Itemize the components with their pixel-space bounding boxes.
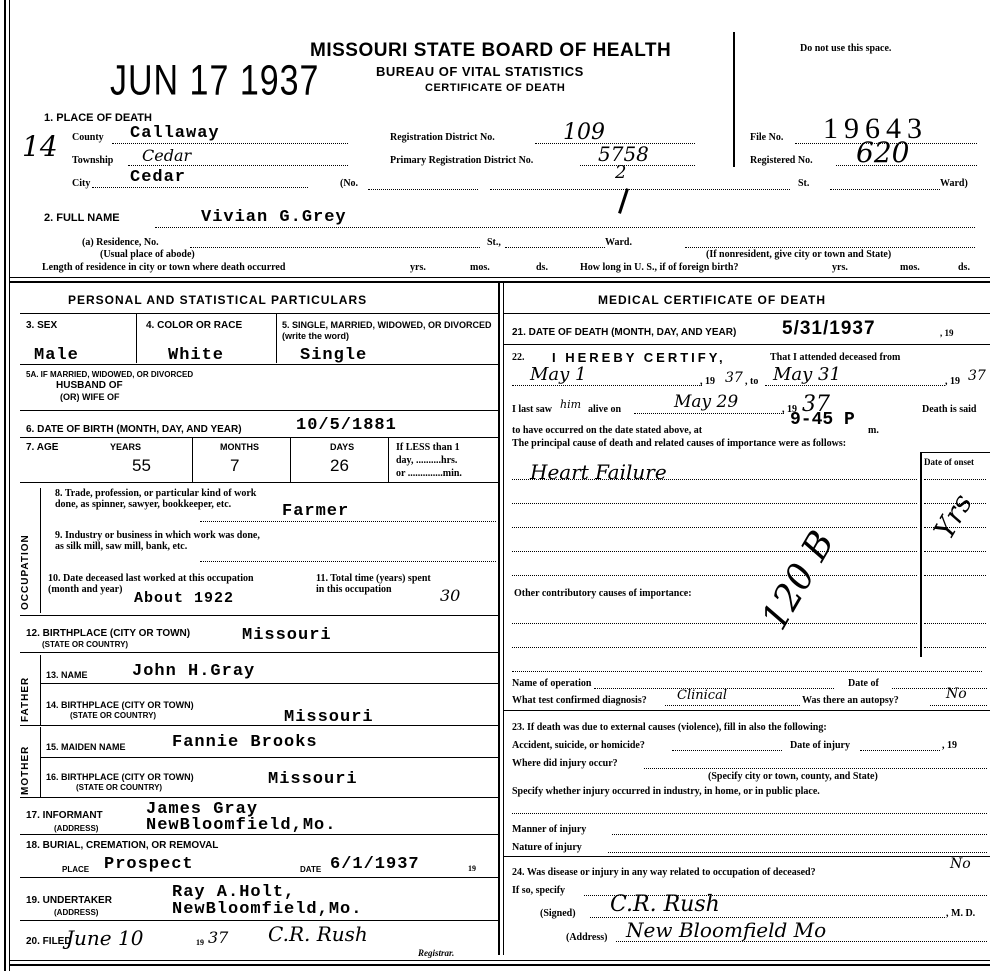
rule bbox=[20, 725, 498, 726]
rule bbox=[503, 313, 990, 314]
mother-vertical-label: MOTHER bbox=[20, 730, 31, 795]
father-vertical-label: FATHER bbox=[20, 662, 31, 722]
left-border-inner bbox=[9, 0, 10, 971]
column-divider bbox=[498, 283, 500, 955]
dob-label: 6. DATE OF BIRTH (MONTH, DAY, AND YEAR) bbox=[26, 424, 242, 435]
months-value[interactable]: 7 bbox=[230, 456, 239, 476]
rule bbox=[20, 834, 498, 835]
days-value[interactable]: 26 bbox=[330, 456, 349, 476]
other-cause-line-3[interactable] bbox=[512, 660, 982, 672]
form-title: MISSOURI STATE BOARD OF HEALTH bbox=[310, 40, 671, 62]
rule bbox=[503, 344, 990, 345]
operation-date-field[interactable] bbox=[892, 677, 987, 689]
birthplace-value[interactable]: Missouri bbox=[242, 626, 332, 645]
less-label-2: day, ..........hrs. bbox=[396, 455, 457, 466]
principal-cause-label: The principal cause of death and related… bbox=[512, 438, 846, 449]
years-label: YEARS bbox=[110, 442, 141, 452]
manner-field[interactable] bbox=[612, 823, 987, 835]
dod-label: 21. DATE OF DEATH (MONTH, DAY, AND YEAR) bbox=[512, 327, 736, 338]
attended-from-value: May 1 bbox=[530, 364, 587, 385]
spouse-label-1: 5A. IF MARRIED, WIDOWED, OR DIVORCED bbox=[26, 370, 193, 379]
father-bp-sub: (STATE OR COUNTRY) bbox=[70, 711, 156, 720]
father-bracket bbox=[40, 655, 41, 725]
sex-label: 3. SEX bbox=[26, 320, 57, 331]
rule bbox=[20, 615, 498, 616]
registered-no-field[interactable]: 620 bbox=[836, 142, 977, 166]
related-label: 24. Was disease or injury in any way rel… bbox=[512, 867, 816, 878]
spouse-label-2: HUSBAND OF bbox=[56, 380, 123, 391]
residence-label: (a) Residence, No. bbox=[82, 237, 159, 248]
city-label: City bbox=[72, 178, 90, 189]
m-label: m. bbox=[868, 425, 879, 436]
injury-year-label: , 19 bbox=[942, 740, 957, 751]
total-time-label: 11. Total time (years) spent in this occ… bbox=[316, 573, 436, 595]
nature-field[interactable] bbox=[608, 841, 987, 853]
trade-value: Farmer bbox=[282, 502, 349, 521]
signed-field[interactable]: C.R. Rush bbox=[590, 900, 945, 918]
registrar-label: Registrar. bbox=[418, 948, 454, 958]
total-time-value[interactable]: 30 bbox=[440, 586, 460, 605]
undertaker-address-label: (ADDRESS) bbox=[54, 908, 98, 917]
rule bbox=[10, 964, 990, 966]
filed-year-value[interactable]: 37 bbox=[208, 928, 228, 947]
where-label: Where did injury occur? bbox=[512, 758, 618, 769]
attended-from-field[interactable]: May 1 bbox=[512, 368, 702, 386]
margin-note: 14 bbox=[22, 130, 58, 163]
foreign-yrs: yrs. bbox=[832, 262, 848, 273]
column-divider-right bbox=[503, 283, 504, 955]
specify-field[interactable] bbox=[512, 802, 987, 814]
attended-from-year[interactable]: 37 bbox=[725, 370, 743, 386]
cell-divider bbox=[388, 437, 389, 482]
related-value[interactable]: No bbox=[950, 856, 971, 872]
manner-label: Manner of injury bbox=[512, 824, 586, 835]
accident-label: Accident, suicide, or homicide? bbox=[512, 740, 645, 751]
marital-value[interactable]: Single bbox=[300, 346, 367, 365]
mother-bp-value[interactable]: Missouri bbox=[268, 770, 358, 789]
time-of-death-value[interactable]: 9-45 P bbox=[790, 410, 855, 430]
full-name-value: Vivian G.Grey bbox=[201, 208, 347, 227]
left-border bbox=[4, 0, 6, 971]
county-field[interactable]: Callaway bbox=[112, 124, 348, 144]
mother-bp-sub: (STATE OR COUNTRY) bbox=[76, 783, 162, 792]
primary-reg-field[interactable]: 5758 bbox=[580, 142, 695, 166]
father-bp-label: 14. BIRTHPLACE (CITY OR TOWN) bbox=[46, 700, 194, 710]
residence-st-label: St., bbox=[487, 237, 501, 248]
spouse-label-3: (OR) WIFE OF bbox=[60, 392, 120, 402]
informant-label: 17. INFORMANT bbox=[26, 810, 103, 821]
cell-divider bbox=[290, 437, 291, 482]
years-value[interactable]: 55 bbox=[132, 456, 151, 476]
address-field[interactable]: New Bloomfield Mo bbox=[616, 926, 987, 942]
injury-date-field[interactable] bbox=[860, 739, 940, 751]
sex-value[interactable]: Male bbox=[34, 346, 79, 365]
personal-section-title: PERSONAL AND STATISTICAL PARTICULARS bbox=[68, 293, 367, 307]
length-residence-label: Length of residence in city or town wher… bbox=[42, 262, 285, 273]
rule bbox=[20, 920, 498, 921]
rule bbox=[40, 683, 498, 684]
father-name-value[interactable]: John H.Gray bbox=[132, 662, 255, 681]
birthplace-label: 12. BIRTHPLACE (CITY OR TOWN) bbox=[26, 628, 190, 639]
certify-num: 22. bbox=[512, 352, 525, 363]
foreign-label: How long in U. S., if of foreign birth? bbox=[580, 262, 738, 273]
foreign-mos: mos. bbox=[900, 262, 920, 273]
informant-address-value[interactable]: NewBloomfield,Mo. bbox=[146, 816, 336, 835]
race-label: 4. COLOR OR RACE bbox=[146, 320, 242, 331]
signed-label: (Signed) bbox=[540, 908, 576, 919]
injury-date-label: Date of injury bbox=[790, 740, 850, 751]
township-field[interactable]: Cedar bbox=[128, 146, 348, 166]
dod-value[interactable]: 5/31/1937 bbox=[782, 318, 876, 340]
race-value[interactable]: White bbox=[168, 346, 224, 365]
street-no-field[interactable] bbox=[368, 178, 478, 190]
onset-divider bbox=[920, 452, 922, 657]
undertaker-address-value[interactable]: NewBloomfield,Mo. bbox=[172, 900, 362, 919]
street-no-label: (No. bbox=[340, 178, 358, 189]
filed-date-value[interactable]: June 10 bbox=[66, 926, 143, 950]
operation-date-label: Date of bbox=[848, 678, 879, 689]
cell-divider bbox=[136, 313, 137, 363]
street-field[interactable] bbox=[490, 178, 790, 190]
do-not-use-note: Do not use this space. bbox=[800, 43, 891, 54]
reg-district-field[interactable]: 109 bbox=[535, 120, 695, 144]
cell-divider bbox=[276, 313, 277, 363]
cause-line-5[interactable] bbox=[512, 564, 917, 576]
residence-ward-field[interactable] bbox=[505, 236, 605, 248]
months-label: MONTHS bbox=[220, 442, 259, 452]
primary-reg-label: Primary Registration District No. bbox=[390, 155, 533, 166]
city-value: Cedar bbox=[130, 168, 186, 187]
other-causes-label: Other contributory causes of importance: bbox=[514, 588, 692, 599]
address-value: New Bloomfield Mo bbox=[626, 918, 826, 942]
registered-no-label: Registered No. bbox=[750, 155, 813, 166]
birthplace-sub: (STATE OR COUNTRY) bbox=[42, 640, 128, 649]
last-saw-pronoun[interactable]: him bbox=[560, 398, 581, 411]
industry-label: 9. Industry or business in which work wa… bbox=[55, 530, 265, 552]
age-label: 7. AGE bbox=[26, 442, 58, 453]
township-value: Cedar bbox=[142, 146, 191, 165]
trade-field[interactable]: Farmer bbox=[200, 506, 496, 522]
county-label: County bbox=[72, 132, 104, 143]
last-saw-label: I last saw bbox=[512, 404, 552, 415]
industry-field[interactable] bbox=[200, 550, 496, 562]
onset-line-7[interactable] bbox=[924, 636, 986, 648]
reg-district-label: Registration District No. bbox=[390, 132, 495, 143]
address-label: (Address) bbox=[566, 932, 607, 943]
header-divider bbox=[733, 32, 735, 167]
where-sub-label: (Specify city or town, county, and State… bbox=[708, 771, 878, 782]
rule bbox=[20, 652, 498, 653]
onset-line-6[interactable] bbox=[924, 612, 986, 624]
received-stamp: JUN 17 1937 bbox=[110, 57, 319, 106]
accident-field[interactable] bbox=[672, 739, 782, 751]
nonresident-field[interactable] bbox=[685, 236, 975, 248]
onset-line-5[interactable] bbox=[924, 564, 986, 576]
attended-to-year[interactable]: 37 bbox=[968, 368, 986, 384]
registered-no-value: 620 bbox=[856, 136, 909, 169]
death-said-label: Death is said bbox=[922, 404, 976, 415]
place-of-death-label: 1. PLACE OF DEATH bbox=[44, 112, 152, 124]
marital-label: 5. SINGLE, MARRIED, WIDOWED, OR DIVORCED… bbox=[282, 320, 492, 342]
burial-place-value[interactable]: Prospect bbox=[104, 855, 194, 874]
occurred-label: to have occurred on the date stated abov… bbox=[512, 425, 702, 436]
father-name-label: 13. NAME bbox=[46, 670, 88, 680]
rule bbox=[20, 410, 498, 411]
rule bbox=[503, 856, 990, 857]
rule bbox=[20, 364, 498, 365]
certificate-title: CERTIFICATE OF DEATH bbox=[425, 82, 565, 94]
last-saw-date-value: May 29 bbox=[674, 392, 738, 412]
mother-bracket bbox=[40, 727, 41, 797]
cause-line-1[interactable] bbox=[512, 468, 917, 480]
undertaker-label: 19. UNDERTAKER bbox=[26, 895, 112, 906]
less-label-1: If LESS than 1 bbox=[396, 442, 460, 453]
county-value: Callaway bbox=[130, 124, 220, 143]
residence-field[interactable] bbox=[190, 236, 480, 248]
length-yrs: yrs. bbox=[410, 262, 426, 273]
attended-to-field[interactable]: May 31 bbox=[765, 368, 945, 386]
test-field[interactable]: Clinical bbox=[665, 694, 800, 706]
occupation-vertical-label: OCCUPATION bbox=[20, 500, 31, 610]
burial-year-suffix: 19 bbox=[468, 864, 476, 873]
if-so-label: If so, specify bbox=[512, 885, 565, 896]
rule bbox=[20, 313, 498, 314]
to-year-prefix: , 19 bbox=[945, 376, 960, 387]
test-label: What test confirmed diagnosis? bbox=[512, 695, 647, 706]
rule bbox=[20, 797, 498, 798]
mother-name-value[interactable]: Fannie Brooks bbox=[172, 733, 318, 752]
other-cause-line-2[interactable] bbox=[512, 636, 917, 648]
last-saw-date-field[interactable]: May 29 bbox=[634, 396, 784, 414]
rule bbox=[10, 960, 990, 961]
bureau-title: BUREAU OF VITAL STATISTICS bbox=[376, 64, 584, 79]
external-label: 23. If death was due to external causes … bbox=[512, 722, 827, 733]
burial-date-label: DATE bbox=[300, 865, 321, 874]
autopsy-label: Was there an autopsy? bbox=[802, 695, 899, 706]
specify-label: Specify whether injury occurred in indus… bbox=[512, 786, 820, 797]
full-name-label: 2. FULL NAME bbox=[44, 212, 120, 224]
foreign-ds: ds. bbox=[958, 262, 970, 273]
mother-bp-label: 16. BIRTHPLACE (CITY OR TOWN) bbox=[46, 772, 194, 782]
occupation-bracket bbox=[40, 488, 41, 613]
length-mos: mos. bbox=[470, 262, 490, 273]
burial-date-value[interactable]: 6/1/1937 bbox=[330, 855, 420, 874]
onset-line-1[interactable] bbox=[924, 468, 986, 480]
burial-place-label: PLACE bbox=[62, 865, 89, 874]
other-cause-line-1[interactable] bbox=[512, 612, 917, 624]
dod-suffix: , 19 bbox=[940, 328, 954, 338]
autopsy-field[interactable]: No bbox=[930, 694, 987, 706]
onset-label: Date of onset bbox=[924, 457, 974, 467]
ward-field[interactable] bbox=[830, 178, 940, 190]
rule bbox=[20, 877, 498, 878]
md-label: , M. D. bbox=[946, 908, 975, 919]
last-worked-value[interactable]: About 1922 bbox=[134, 590, 234, 607]
alive-on-label: alive on bbox=[588, 404, 621, 415]
residence-ward-label: Ward. bbox=[605, 237, 632, 248]
filed-year-prefix: 19 bbox=[196, 938, 204, 947]
cell-divider bbox=[192, 437, 193, 482]
autopsy-value: No bbox=[946, 686, 967, 702]
registrar-signature: C.R. Rush bbox=[268, 922, 368, 946]
rule bbox=[40, 757, 498, 758]
filed-label: 20. FILED bbox=[26, 936, 72, 947]
certify-label: I HEREBY CERTIFY, bbox=[552, 350, 726, 365]
mother-name-label: 15. MAIDEN NAME bbox=[46, 742, 126, 752]
full-name-field[interactable]: Vivian G.Grey bbox=[155, 208, 975, 228]
rule bbox=[503, 710, 990, 711]
where-field[interactable] bbox=[644, 757, 987, 769]
primary-reg-sub: 2 bbox=[615, 162, 626, 183]
dob-value[interactable]: 10/5/1881 bbox=[296, 416, 397, 435]
file-no-label: File No. bbox=[750, 132, 783, 143]
to-label: , to bbox=[745, 376, 758, 387]
city-field[interactable]: Cedar bbox=[92, 168, 308, 188]
burial-label: 18. BURIAL, CREMATION, OR REMOVAL bbox=[26, 840, 218, 851]
rule bbox=[20, 482, 498, 483]
informant-address-label: (ADDRESS) bbox=[54, 824, 98, 833]
attended-to-value: May 31 bbox=[773, 364, 841, 385]
certify-text: That I attended deceased from bbox=[770, 352, 900, 363]
onset-top bbox=[920, 452, 990, 453]
rule bbox=[20, 437, 498, 438]
cause-line-2[interactable] bbox=[512, 492, 917, 504]
nature-label: Nature of injury bbox=[512, 842, 582, 853]
from-year-prefix: , 19 bbox=[700, 376, 715, 387]
rule bbox=[10, 277, 990, 278]
rule bbox=[10, 281, 990, 283]
cause-line-3[interactable] bbox=[512, 516, 917, 528]
ward-label: Ward) bbox=[940, 178, 968, 189]
length-ds: ds. bbox=[536, 262, 548, 273]
operation-label: Name of operation bbox=[512, 678, 591, 689]
test-value: Clinical bbox=[677, 688, 727, 703]
medical-section-title: MEDICAL CERTIFICATE OF DEATH bbox=[598, 293, 826, 307]
nonresident-note: (If nonresident, give city or town and S… bbox=[706, 249, 891, 260]
days-label: DAYS bbox=[330, 442, 354, 452]
less-label-3: or ..............min. bbox=[396, 468, 462, 479]
st-label: St. bbox=[798, 178, 809, 189]
cause-line-4[interactable] bbox=[512, 540, 917, 552]
township-label: Township bbox=[72, 155, 113, 166]
usual-place-label: (Usual place of abode) bbox=[100, 249, 195, 260]
signed-value: C.R. Rush bbox=[610, 892, 720, 917]
